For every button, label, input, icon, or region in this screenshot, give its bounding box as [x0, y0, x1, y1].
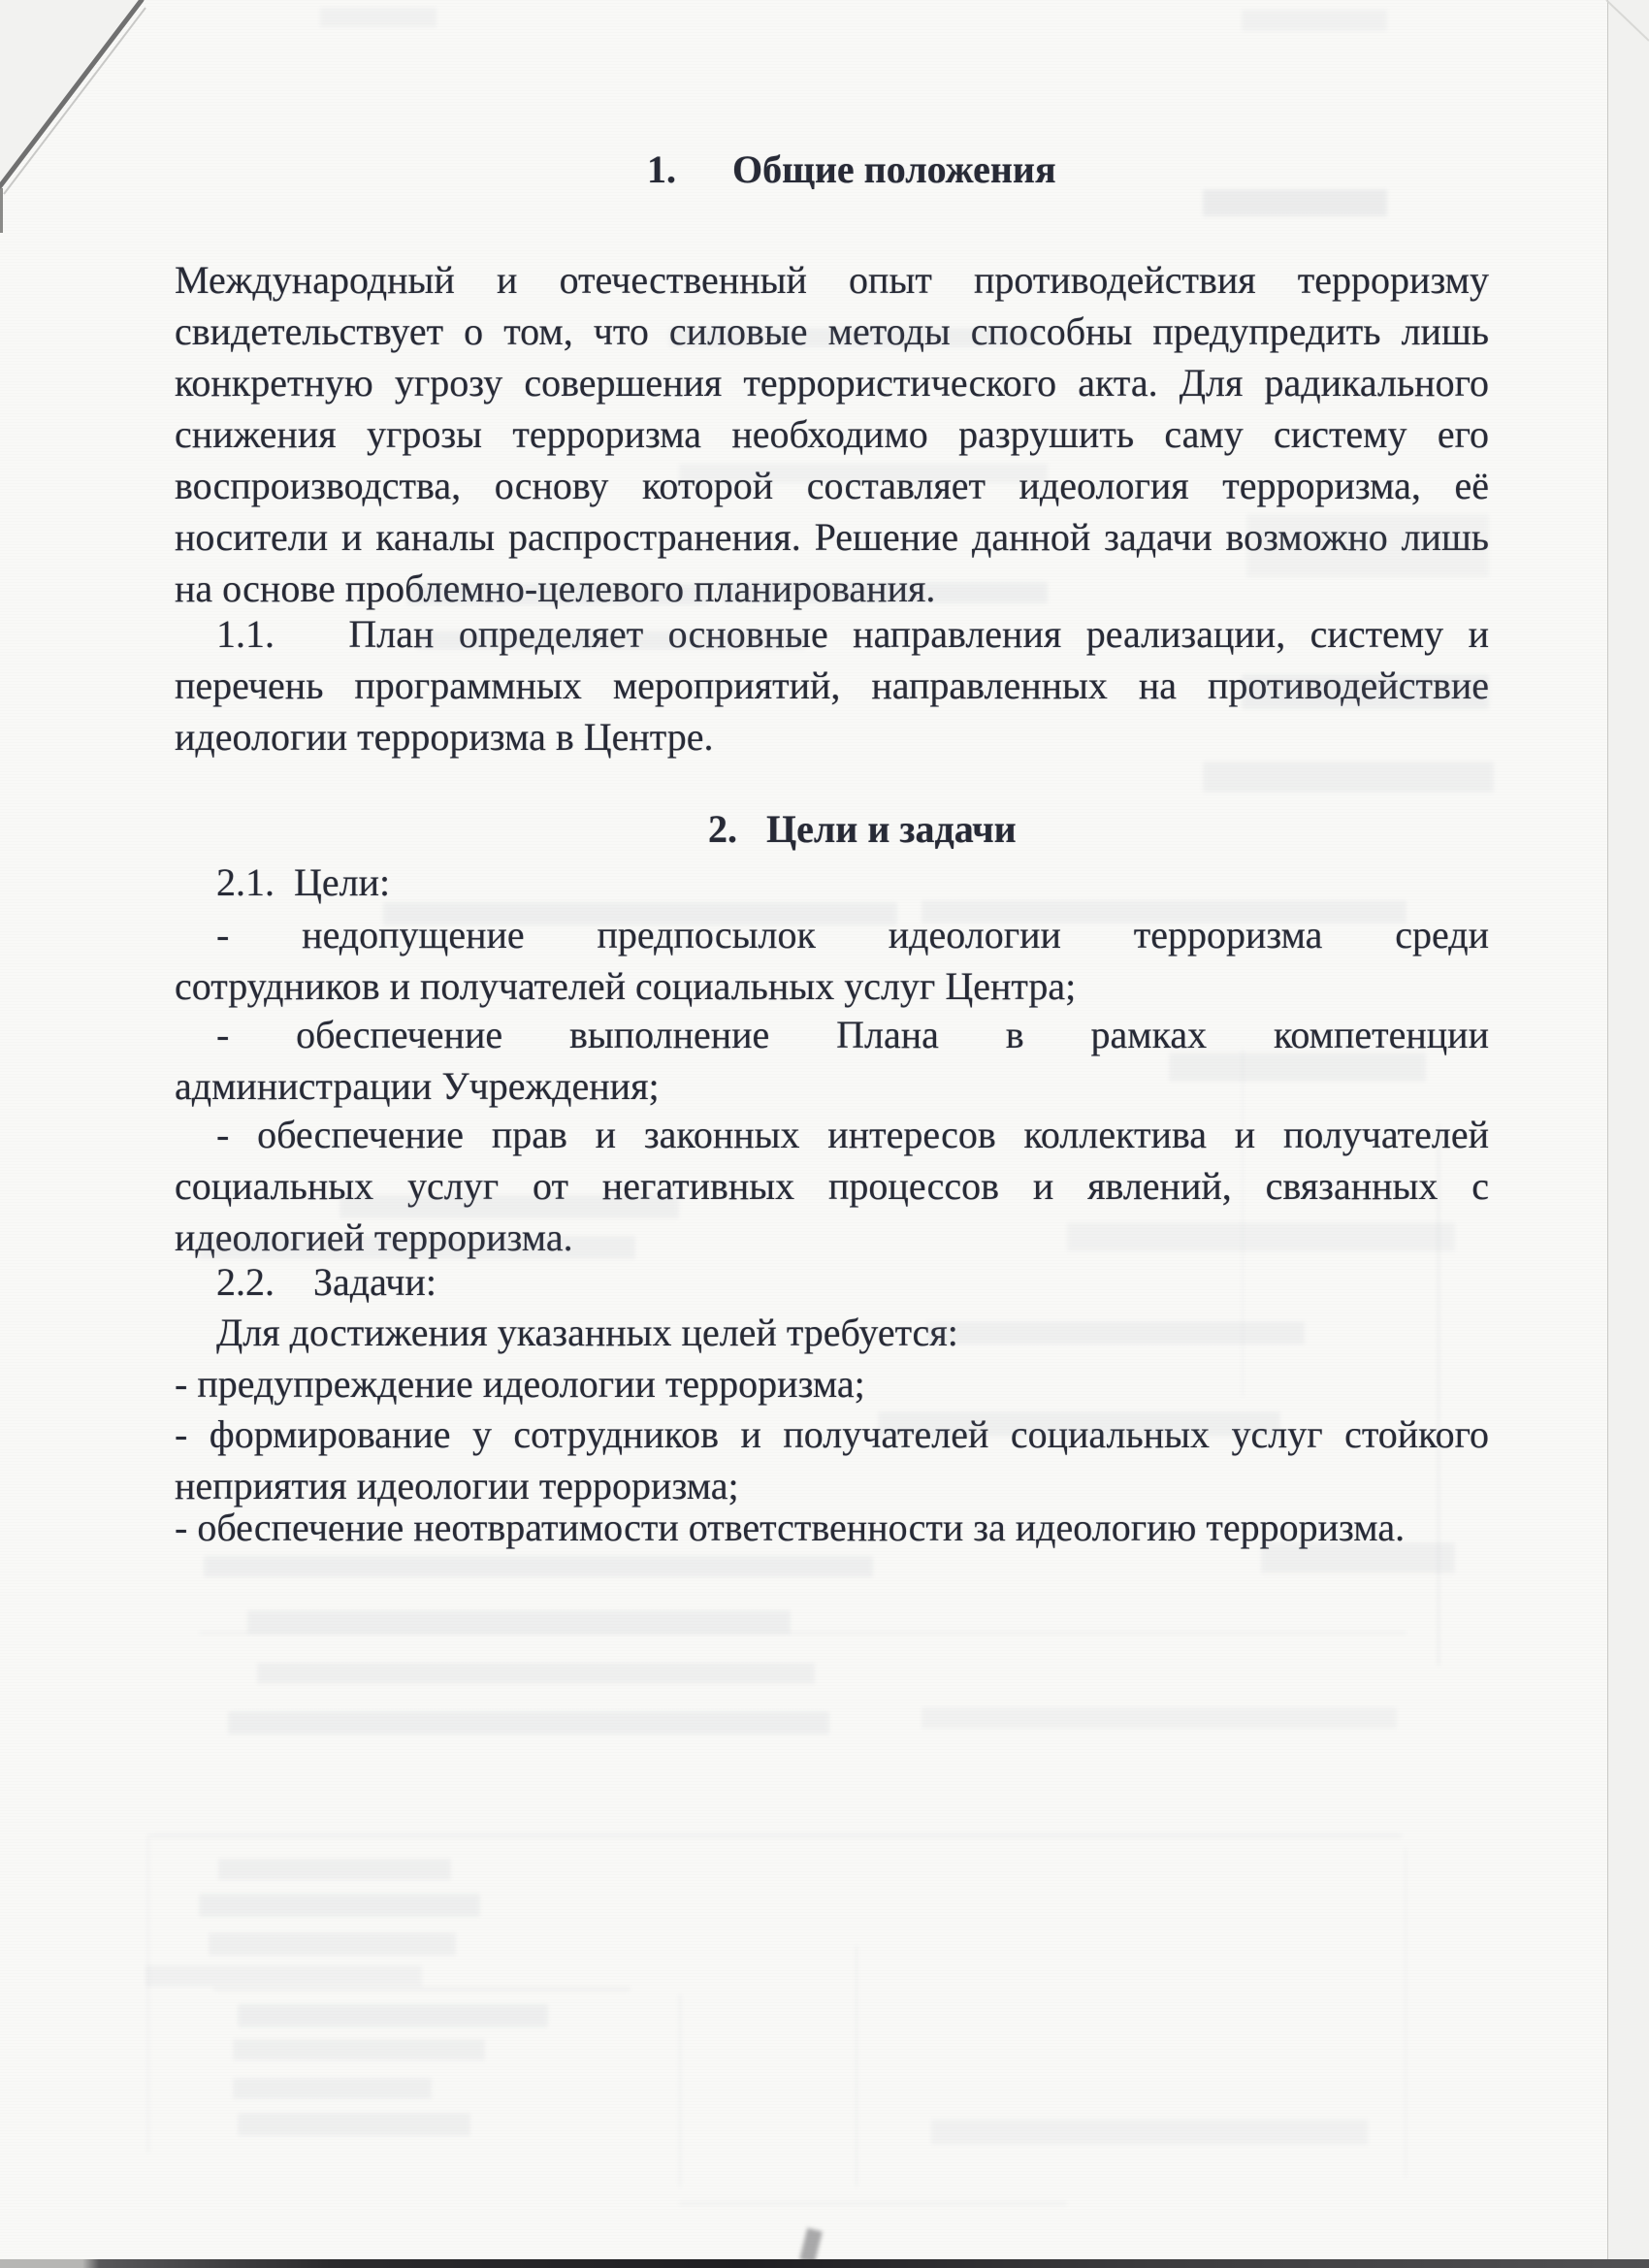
intro-paragraph: Международный и отечественный опыт проти…: [175, 254, 1489, 614]
bleed-through-mark: [257, 1663, 815, 1684]
paragraph-1-1: 1.1. План определяет основные направлени…: [175, 608, 1489, 762]
bleed-through-mark: [679, 1993, 681, 2187]
bleed-through-mark: [145, 1965, 422, 1987]
text-line: конкретную угрозу совершения террористич…: [175, 357, 1489, 408]
bleed-through-mark: [238, 2004, 548, 2027]
section-1-heading: 1.Общие положения: [175, 144, 1489, 195]
task-item-2: - формирование у сотрудников и получател…: [175, 1409, 1489, 1511]
text-line: - обеспечение неотвратимости ответственн…: [175, 1502, 1489, 1553]
goal-item-2: - обеспечение выполнение Плана в рамках …: [175, 1009, 1489, 1112]
bleed-through-mark: [147, 1833, 149, 2154]
goals-label: 2.1. Цели:: [175, 857, 1489, 908]
bleed-through-mark: [228, 1711, 829, 1734]
bleed-through-mark: [856, 1945, 857, 2187]
task-item-1: - предупреждение идеологии терроризма;: [175, 1358, 1489, 1409]
text-line: свидетельствует о том, что силовые метод…: [175, 306, 1489, 357]
bleed-through-mark: [679, 2202, 1067, 2205]
bleed-through-mark: [1203, 761, 1494, 793]
text-line: 1.1. План определяет основные направлени…: [175, 608, 1489, 660]
page-right-edge: [1607, 0, 1649, 2268]
bleed-through-mark: [320, 8, 436, 27]
bleed-through-mark: [204, 1556, 873, 1577]
section-2-heading: 2.Цели и задачи: [175, 803, 1489, 855]
text-line: - недопущение предпосылок идеологии терр…: [175, 909, 1489, 960]
text-line: - формирование у сотрудников и получател…: [175, 1409, 1489, 1460]
text-line: перечень программных мероприятий, направ…: [175, 660, 1489, 711]
text-line: снижения угрозы терроризма необходимо ра…: [175, 408, 1489, 460]
section-1-title: Общие положения: [732, 147, 1056, 191]
bleed-through-mark: [199, 1632, 1406, 1635]
corner-fold: [0, 0, 233, 233]
goal-item-3: - обеспечение прав и законных интересов …: [175, 1109, 1489, 1263]
text-line: носители и каналы распространения. Решен…: [175, 511, 1489, 563]
text-line: воспроизводства, основу которой составля…: [175, 460, 1489, 511]
text-line: - обеспечение выполнение Плана в рамках …: [175, 1009, 1489, 1060]
goal-item-1: - недопущение предпосылок идеологии терр…: [175, 909, 1489, 1012]
bleed-through-mark: [931, 2120, 1368, 2145]
tasks-intro: Для достижения указанных целей требуется…: [175, 1307, 1489, 1358]
bleed-through-mark: [1405, 1848, 1406, 2178]
text-line: - обеспечение прав и законных интересов …: [175, 1109, 1489, 1160]
section-1-number: 1.: [647, 147, 676, 191]
bleed-through-mark: [921, 1707, 1397, 1729]
text-line: на основе проблемно-целевого планировани…: [175, 563, 1489, 614]
bleed-through-mark: [233, 2039, 485, 2060]
section-2-title: Цели и задачи: [766, 807, 1017, 851]
bleed-through-mark: [247, 1610, 791, 1634]
bleed-through-mark: [209, 1932, 456, 1956]
tasks-label: 2.2. Задачи:: [175, 1256, 1489, 1308]
text-line: социальных услуг от негативных процессов…: [175, 1160, 1489, 1212]
text-line: администрации Учреждения;: [175, 1060, 1489, 1112]
bleed-through-mark: [233, 2078, 432, 2099]
task-item-3: - обеспечение неотвратимости ответственн…: [175, 1502, 1489, 1553]
bleed-through-mark: [238, 2113, 470, 2136]
bleed-through-mark: [1242, 10, 1387, 31]
scan-smudge: [799, 2228, 823, 2264]
bleed-through-mark: [150, 1833, 1402, 1838]
bleed-through-mark: [218, 1859, 451, 1880]
bleed-through-mark: [213, 1987, 630, 1992]
scanned-document-page: { "page": {"width": 1700, "height": 2338…: [0, 0, 1649, 2268]
section-2-number: 2.: [708, 807, 737, 851]
text-line: идеологии терроризма в Центре.: [175, 711, 1489, 762]
scanner-bottom-edge: [0, 2259, 1649, 2268]
text-line: - предупреждение идеологии терроризма;: [175, 1358, 1489, 1409]
text-line: Международный и отечественный опыт проти…: [175, 254, 1489, 306]
page-corner-edge: [1562, 0, 1649, 49]
bleed-through-mark: [199, 1894, 480, 1917]
text-line: сотрудников и получателей социальных усл…: [175, 960, 1489, 1012]
